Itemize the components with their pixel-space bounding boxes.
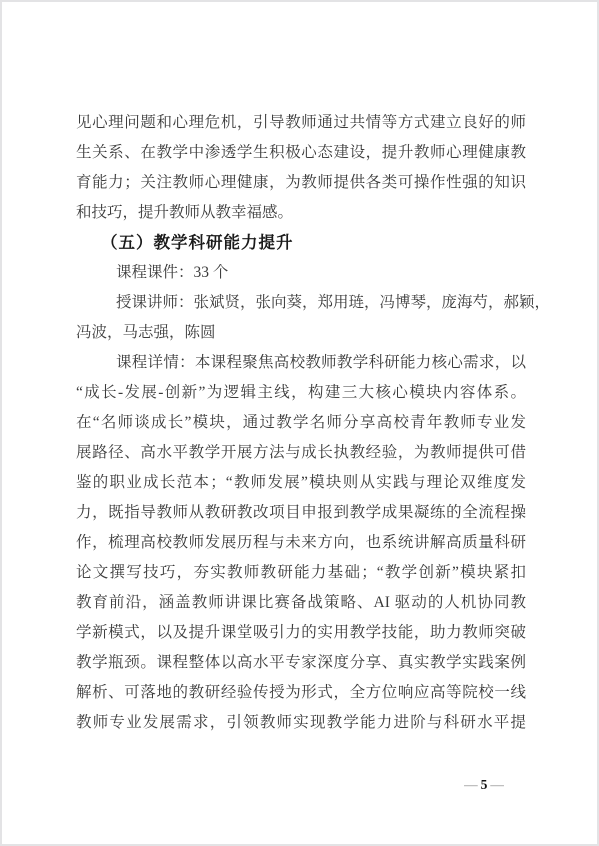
text-line: 课程课件：33 个 <box>76 258 526 288</box>
course-details-paragraph: 课程详情：本课程聚焦高校教师教学科研能力核心需求，以“成长-发展-创新”为逻辑主… <box>76 348 526 738</box>
document-page: 见心理问题和心理危机，引导教师通过共情等方式建立良好的师生关系、在教学中渗透学生… <box>0 0 599 846</box>
text-line: 教师专业发展需求，引领教师实现教学能力进阶与科研水平提 <box>76 708 526 738</box>
text-line: 鉴的职业成长范本；“教师发展”模块则从实践与理论双维度发 <box>76 468 526 498</box>
text-line: 教学瓶颈。课程整体以高水平专家深度分享、真实教学实践案例 <box>76 648 526 678</box>
text-line: 授课讲师：张斌贤，张向葵，郑用琏，冯博琴，庞海芍，郝颖， <box>76 288 526 318</box>
text-line: 见心理问题和心理危机，引导教师通过共情等方式建立良好的师 <box>76 108 526 138</box>
text-line: 作，梳理高校教师发展历程与未来方向，也系统讲解高质量科研 <box>76 528 526 558</box>
text-line: 论文撰写技巧，夯实教师教研能力基础；“教学创新”模块紧扣 <box>76 558 526 588</box>
text-line: 生关系、在教学中渗透学生积极心态建设，提升教师心理健康教 <box>76 138 526 168</box>
courseware-count-line: 课程课件：33 个 <box>76 258 526 288</box>
paragraph-psych-health-continuation: 见心理问题和心理危机，引导教师通过共情等方式建立良好的师生关系、在教学中渗透学生… <box>76 108 526 228</box>
text-line: 展路径、高水平教学开展方法与成长执教经验，为教师提供可借 <box>76 438 526 468</box>
text-line: 冯波，马志强，陈圆 <box>76 318 526 348</box>
page-number: 5 <box>481 777 488 792</box>
text-line: 和技巧，提升教师从教幸福感。 <box>76 198 526 228</box>
instructors-lines: 授课讲师：张斌贤，张向葵，郑用琏，冯博琴，庞海芍，郝颖，冯波，马志强，陈圆 <box>76 288 526 348</box>
text-line: 解析、可落地的教研经验传授为形式，全方位响应高等院校一线 <box>76 678 526 708</box>
text-line: 课程详情：本课程聚焦高校教师教学科研能力核心需求，以 <box>76 348 526 378</box>
page-footer: —5— <box>434 775 534 795</box>
text-line: “成长-发展-创新”为逻辑主线，构建三大核心模块内容体系。 <box>76 378 526 408</box>
text-line: 育能力；关注教师心理健康，为教师提供各类可操作性强的知识 <box>76 168 526 198</box>
text-line: 学新模式，以及提升课堂吸引力的实用教学技能，助力教师突破 <box>76 618 526 648</box>
text-line: 教育前沿，涵盖教师讲课比赛备战策略、AI 驱动的人机协同教 <box>76 588 526 618</box>
page-number-right-dash: — <box>490 777 504 792</box>
text-line: 在“名师谈成长”模块，通过教学名师分享高校青年教师专业发 <box>76 408 526 438</box>
section-heading: （五）教学科研能力提升 <box>76 228 526 258</box>
page-number-left-dash: — <box>464 777 478 792</box>
page-content: 见心理问题和心理危机，引导教师通过共情等方式建立良好的师生关系、在教学中渗透学生… <box>76 108 526 738</box>
text-line: 力，既指导教师从教研教改项目申报到教学成果凝练的全流程操 <box>76 498 526 528</box>
